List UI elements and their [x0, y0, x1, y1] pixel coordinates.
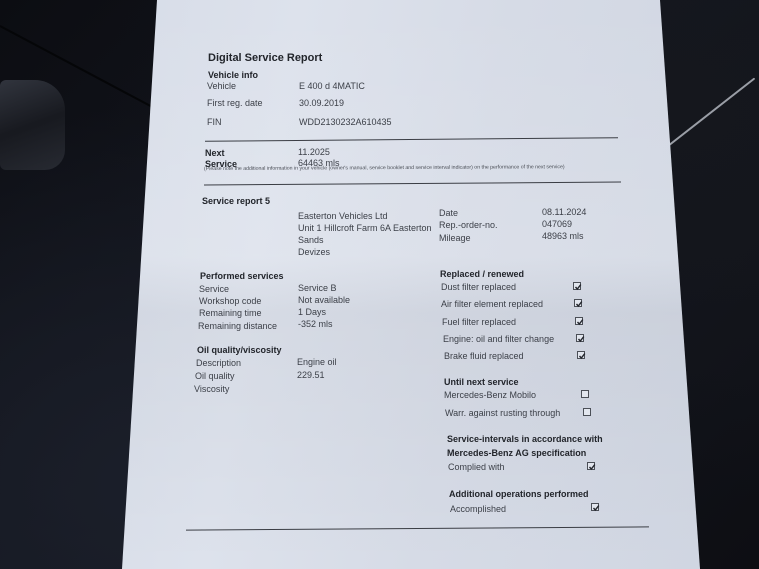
workshop-code-label: Workshop code: [199, 296, 261, 306]
checkmark-icon: [577, 335, 585, 343]
service-report-heading: Service report 5: [202, 196, 270, 206]
remaining-time-value: 1 Days: [298, 307, 326, 317]
intervals-heading-line1: Service-intervals in accordance with: [447, 434, 603, 444]
checkmark-icon: [578, 352, 586, 360]
first-reg-date-value: 30.09.2019: [299, 98, 344, 108]
workshop-address-line3: Devizes: [298, 247, 330, 257]
complied-with-label: Complied with: [448, 462, 505, 472]
viscosity-label: Viscosity: [194, 384, 229, 394]
dust-filter-checkbox[interactable]: [573, 282, 581, 290]
mileage-label: Mileage: [439, 233, 471, 243]
oil-change-checkbox[interactable]: [576, 334, 584, 342]
checkmark-icon: [574, 283, 582, 291]
checkmark-icon: [576, 318, 584, 326]
fin-label: FIN: [207, 117, 222, 127]
vehicle-label: Vehicle: [207, 81, 236, 91]
air-filter-checkbox[interactable]: [574, 299, 582, 307]
accomplished-checkbox[interactable]: [591, 503, 599, 511]
report-title: Digital Service Report: [208, 52, 322, 64]
performed-services-heading: Performed services: [200, 271, 284, 281]
intervals-heading-line2: Mercedes-Benz AG specification: [447, 448, 586, 458]
first-reg-date-label: First reg. date: [207, 98, 263, 108]
replaced-heading: Replaced / renewed: [440, 269, 524, 279]
replaced-item-label: Air filter element replaced: [441, 299, 543, 309]
fuel-filter-checkbox[interactable]: [575, 317, 583, 325]
mobilo-checkbox[interactable]: [581, 390, 589, 398]
oil-description-value: Engine oil: [297, 357, 337, 367]
replaced-item-label: Dust filter replaced: [441, 282, 516, 292]
additional-operations-heading: Additional operations performed: [449, 489, 589, 499]
vehicle-value: E 400 d 4MATIC: [299, 81, 365, 91]
vehicle-info-heading: Vehicle info: [208, 70, 258, 80]
replaced-item-label: Fuel filter replaced: [442, 317, 516, 327]
workshop-address-line2: Sands: [298, 235, 324, 245]
remaining-distance-value: -352 mls: [298, 319, 333, 329]
checkmark-icon: [592, 504, 600, 512]
next-label: Next: [205, 148, 225, 158]
until-next-heading: Until next service: [444, 377, 519, 387]
rep-order-value: 047069: [542, 219, 572, 229]
mobilo-label: Mercedes-Benz Mobilo: [444, 390, 536, 400]
replaced-item-label: Engine: oil and filter change: [443, 334, 554, 344]
brake-fluid-checkbox[interactable]: [577, 351, 585, 359]
workshop-name: Easterton Vehicles Ltd: [298, 211, 388, 221]
workshop-address-line1: Unit 1 Hillcroft Farm 6A Easterton: [298, 223, 432, 233]
accomplished-label: Accomplished: [450, 504, 506, 514]
rep-order-label: Rep.-order-no.: [439, 220, 498, 230]
rust-warranty-label: Warr. against rusting through: [445, 408, 560, 418]
checkmark-icon: [575, 300, 583, 308]
fin-value: WDD2130232A610435: [299, 117, 392, 127]
oil-heading: Oil quality/viscosity: [197, 345, 282, 355]
complied-with-checkbox[interactable]: [587, 462, 595, 470]
service-type-value: Service B: [298, 283, 337, 293]
rust-warranty-checkbox[interactable]: [583, 408, 591, 416]
remaining-distance-label: Remaining distance: [198, 321, 277, 331]
date-value: 08.11.2024: [542, 207, 586, 217]
plastic-wrap: [0, 80, 65, 170]
mileage-value: 48963 mls: [542, 231, 584, 241]
replaced-item-label: Brake fluid replaced: [444, 351, 524, 361]
service-type-label: Service: [199, 284, 229, 294]
workshop-code-value: Not available: [298, 295, 350, 305]
oil-quality-label: Oil quality: [195, 371, 235, 381]
checkmark-icon: [588, 463, 596, 471]
next-service-date: 11.2025: [298, 147, 330, 157]
oil-description-label: Description: [196, 358, 241, 368]
oil-quality-value: 229.51: [297, 370, 325, 380]
date-label: Date: [439, 208, 458, 218]
remaining-time-label: Remaining time: [199, 308, 262, 318]
